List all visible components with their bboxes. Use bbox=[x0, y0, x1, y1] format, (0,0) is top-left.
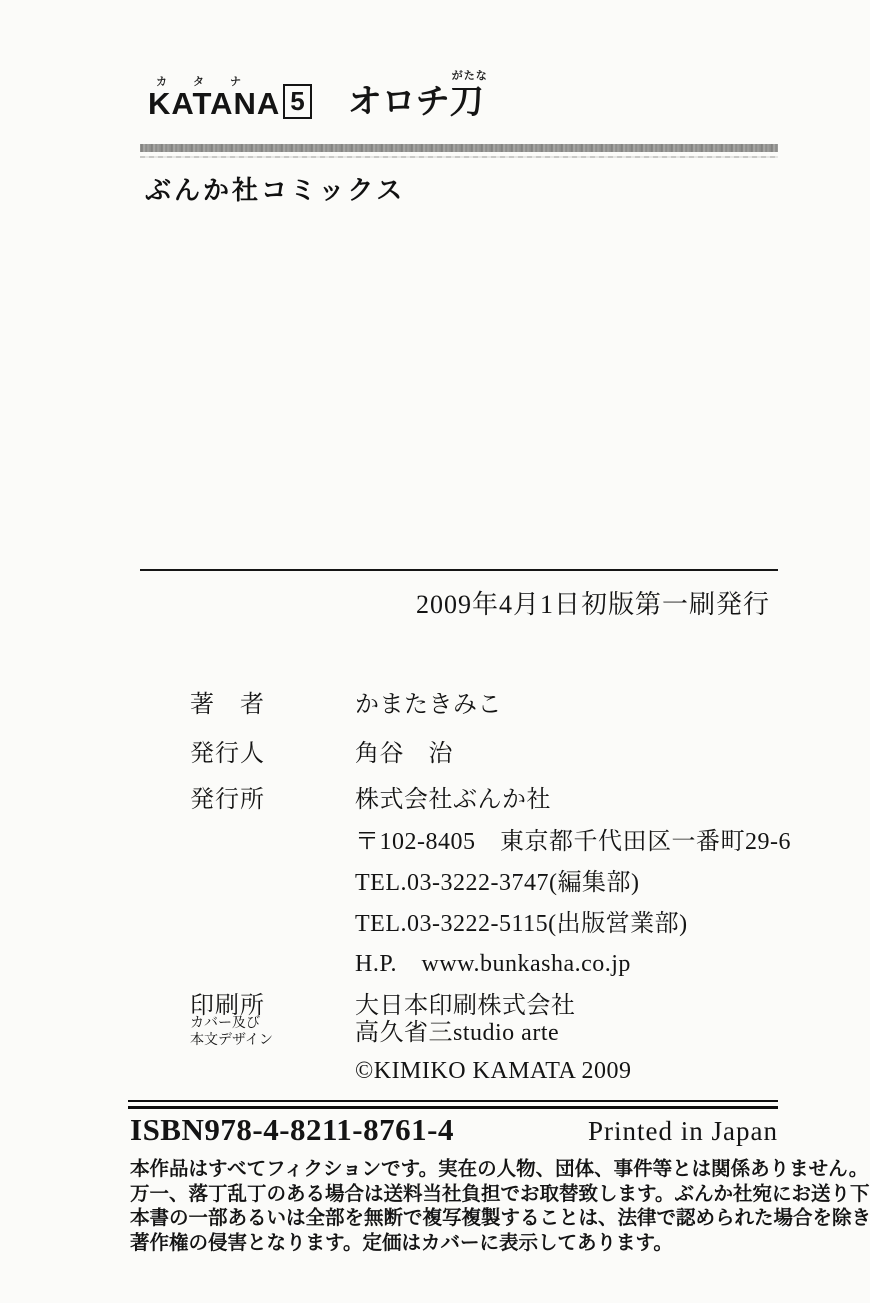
decorative-texture-band bbox=[140, 144, 778, 152]
colophon-row-address: 〒102-8405 東京都千代田区一番町29-6 bbox=[190, 821, 791, 856]
colophon-label: 発行人 bbox=[190, 733, 265, 768]
edition-date: 2009年4月1日初版第一刷発行 bbox=[416, 584, 770, 621]
disclaimer-line: 万一、落丁乱丁のある場合は送料当社負担でお取替致します。ぶんか社宛にお送り下さい… bbox=[130, 1183, 810, 1208]
disclaimer-line: 本作品はすべてフィクションです。実在の人物、団体、事件等とは関係ありません。 bbox=[130, 1158, 810, 1183]
colophon-row-tel-editorial: TEL.03-3222-3747(編集部) bbox=[190, 862, 639, 897]
title-subtitle-furigana: がたな bbox=[452, 71, 488, 82]
divider-rule bbox=[140, 569, 778, 571]
colophon-value: 高久省三studio arte bbox=[355, 1012, 559, 1047]
colophon-value: 〒102-8405 東京都千代田区一番町29-6 bbox=[355, 821, 791, 856]
colophon-row-copyright: ©KIMIKO KAMATA 2009 bbox=[190, 1058, 631, 1085]
colophon-value: TEL.03-3222-3747(編集部) bbox=[355, 862, 639, 897]
title-katana-text: KATANA bbox=[148, 86, 280, 121]
colophon-label: 著 者 bbox=[190, 684, 265, 719]
colophon-label: 発行所 bbox=[190, 779, 265, 814]
printed-in-japan: Printed in Japan bbox=[588, 1116, 778, 1147]
colophon-label: カバー及び本文デザイン bbox=[190, 1015, 273, 1049]
colophon-value: TEL.03-3222-5115(出版営業部) bbox=[355, 903, 688, 938]
title-subtitle-base: オロチ bbox=[348, 83, 450, 121]
colophon-row-design: カバー及び本文デザイン 高久省三studio arte bbox=[190, 1012, 559, 1047]
isbn-double-rule bbox=[128, 1100, 778, 1109]
colophon-row-tel-sales: TEL.03-3222-5115(出版営業部) bbox=[190, 903, 688, 938]
disclaimer-line: 本書の一部あるいは全部を無断で複写複製することは、法律で認められた場合を除き、 bbox=[130, 1207, 810, 1232]
colophon-value: ©KIMIKO KAMATA 2009 bbox=[355, 1058, 631, 1085]
title-katana: カタナ KATANA bbox=[148, 88, 280, 119]
title-katana-furigana: カタナ bbox=[156, 73, 267, 89]
colophon-row-publisher: 発行所 株式会社ぶんか社 bbox=[190, 779, 551, 814]
book-title: カタナ KATANA 5 オロチがたな刀 bbox=[148, 84, 484, 119]
colophon-row-homepage: H.P. www.bunkasha.co.jp bbox=[190, 943, 631, 978]
disclaimer-paragraph: 本作品はすべてフィクションです。実在の人物、団体、事件等とは関係ありません。 万… bbox=[130, 1158, 810, 1256]
isbn-row: ISBN978-4-8211-8761-4 Printed in Japan bbox=[130, 1112, 778, 1148]
isbn-number: ISBN978-4-8211-8761-4 bbox=[130, 1112, 454, 1148]
title-subtitle-kanji-wrap: がたな刀 bbox=[450, 85, 484, 119]
volume-number-box: 5 bbox=[283, 84, 311, 119]
colophon-value: H.P. www.bunkasha.co.jp bbox=[355, 943, 631, 978]
colophon-row-publisher-person: 発行人 角谷 治 bbox=[190, 733, 453, 768]
colophon-value: かまたきみこ bbox=[355, 684, 502, 719]
series-name: ぶんか社コミックス bbox=[145, 170, 405, 207]
colophon-label-line2: 本文デザイン bbox=[190, 1032, 273, 1049]
colophon-row-author: 著 者 かまたきみこ bbox=[190, 684, 502, 719]
title-subtitle: オロチがたな刀 bbox=[348, 85, 484, 119]
colophon-label-line1: カバー及び bbox=[190, 1015, 273, 1032]
disclaimer-line: 著作権の侵害となります。定価はカバーに表示してあります。 bbox=[130, 1232, 810, 1257]
title-subtitle-kanji: 刀 bbox=[450, 83, 484, 121]
colophon-value: 株式会社ぶんか社 bbox=[355, 779, 551, 814]
colophon-value: 角谷 治 bbox=[355, 733, 453, 768]
decorative-texture-band-sub bbox=[140, 156, 778, 158]
colophon-page: カタナ KATANA 5 オロチがたな刀 ぶんか社コミックス 2009年4月1日… bbox=[0, 0, 870, 1303]
